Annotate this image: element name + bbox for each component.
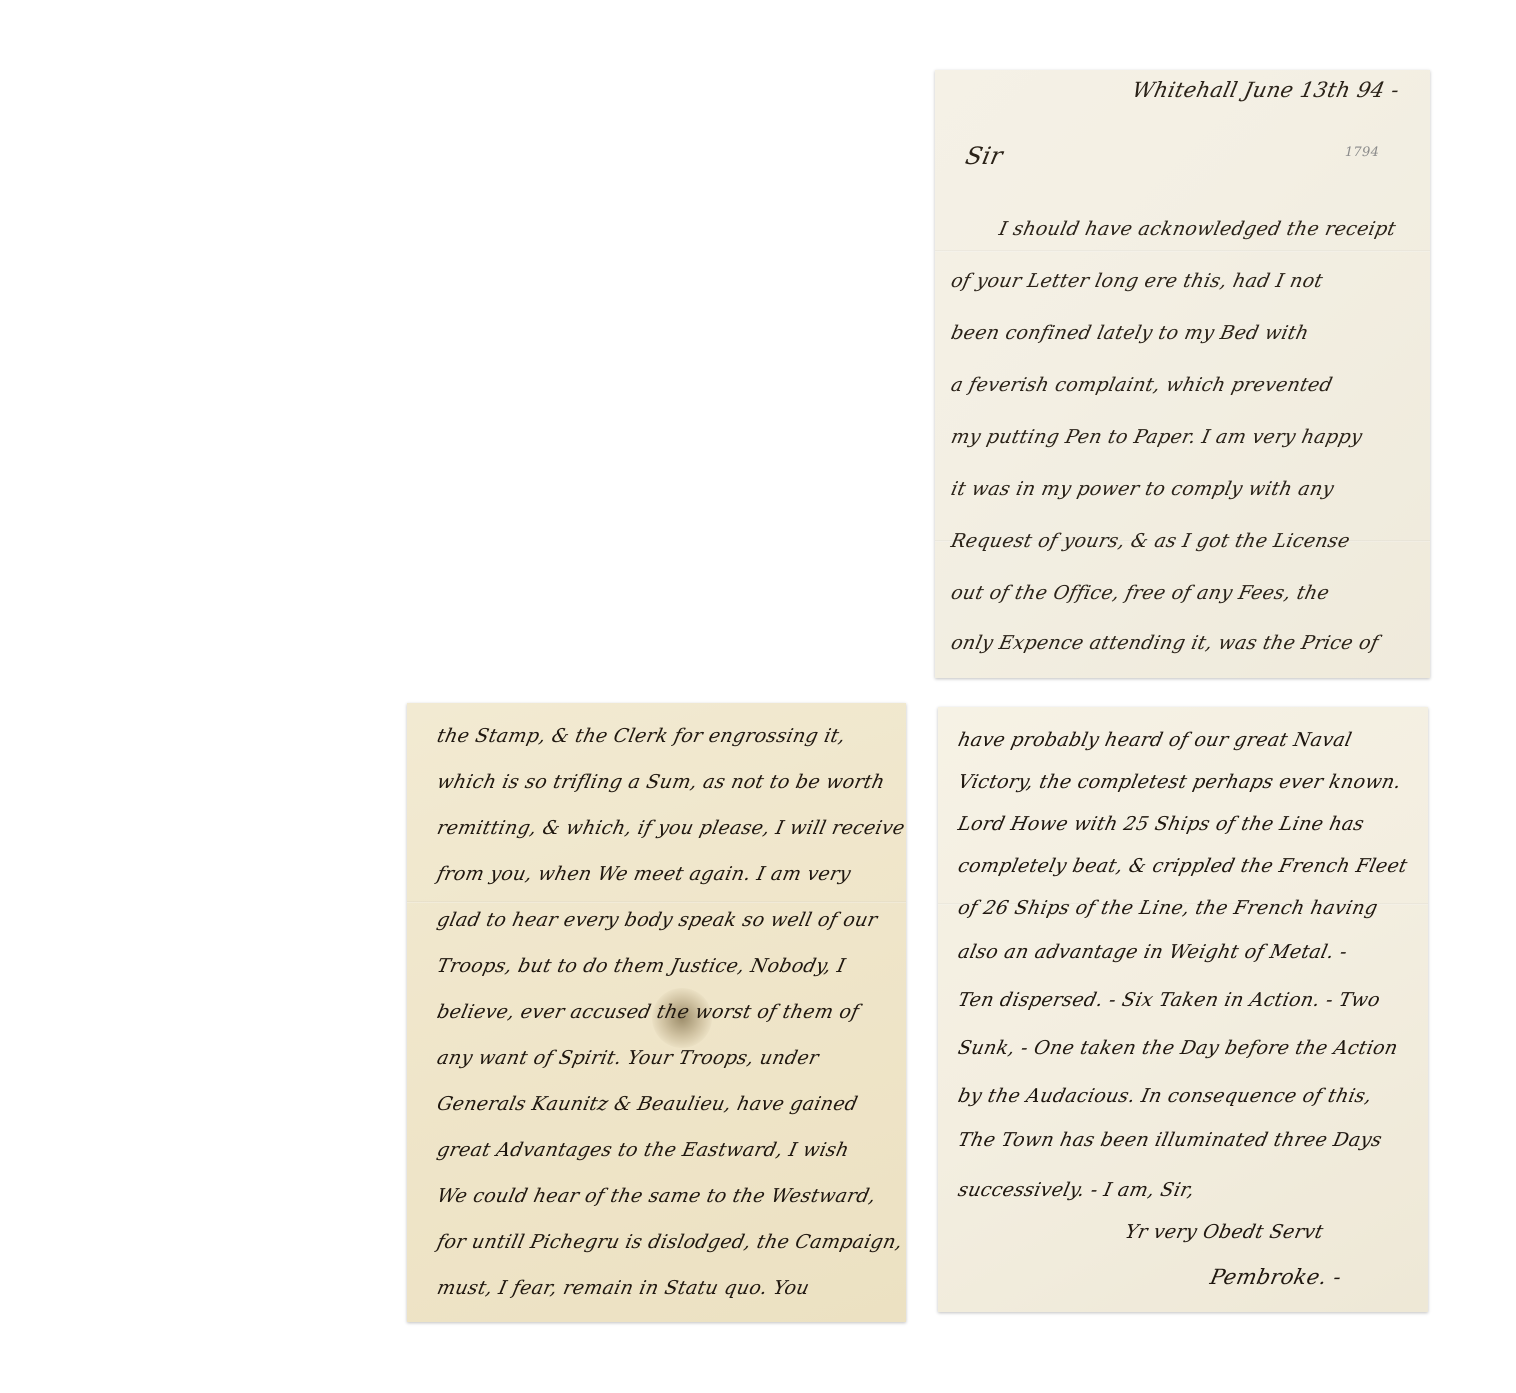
text-line: which is so trifling a Sum, as not to be… [435,771,887,793]
closing: Yr very Obedt Servt [1123,1221,1325,1243]
text-line: glad to hear every body speak so well of… [435,909,880,931]
text-line: Victory, the completest perhaps ever kno… [956,771,1403,793]
letter-page-2: the Stamp, & the Clerk for engrossing it… [407,703,906,1322]
text-line: been confined lately to my Bed with [949,322,1311,344]
text-line: Request of yours, & as I got the License [949,530,1352,552]
text-line: by the Audacious. In consequence of this… [956,1085,1374,1107]
text-line: a feverish complaint, which prevented [949,374,1335,396]
letter-heading: Whitehall June 13th 94 - [1130,78,1402,102]
letter-page-3: have probably heard of our great Naval V… [938,707,1428,1312]
text-line: from you, when We meet again. I am very [435,863,853,885]
text-line: great Advantages to the Eastward, I wish [435,1139,851,1161]
text-line: successively. - I am, Sir, [956,1179,1196,1201]
text-line: completely beat, & crippled the French F… [956,855,1409,877]
text-line: also an advantage in Weight of Metal. - [956,941,1349,963]
text-line: I should have acknowledged the receipt [997,218,1398,240]
text-line: Sunk, - One taken the Day before the Act… [956,1037,1400,1059]
text-line: the Stamp, & the Clerk for engrossing it… [435,725,848,747]
text-line: of 26 Ships of the Line, the French havi… [956,897,1380,919]
text-line: Lord Howe with 25 Ships of the Line has [956,813,1366,835]
text-line: out of the Office, free of any Fees, the [949,582,1331,604]
text-line: it was in my power to comply with any [949,478,1336,500]
text-line: any want of Spirit. Your Troops, under [435,1047,821,1069]
paper-fold [407,901,906,903]
text-line: only Expence attending it, was the Price… [949,632,1381,654]
text-line: Ten dispersed. - Six Taken in Action. - … [956,989,1382,1011]
pencil-year-note: 1794 [1343,145,1380,160]
signature: Pembroke. - [1208,1265,1344,1289]
text-line: have probably heard of our great Naval [956,729,1354,751]
text-line: The Town has been illuminated three Days [956,1129,1384,1151]
paper-fold [935,250,1430,252]
text-line: must, I fear, remain in Statu quo. You [435,1277,811,1299]
text-line: Generals Kaunitz & Beaulieu, have gained [435,1093,860,1115]
text-line: my putting Pen to Paper. I am very happy [949,426,1364,448]
text-line: of your Letter long ere this, had I not [949,270,1325,292]
salutation: Sir [963,142,1005,170]
text-line: believe, ever accused the worst of them … [435,1001,861,1023]
letter-page-1: Whitehall June 13th 94 - 1794 Sir I shou… [935,70,1430,678]
text-line: for untill Pichegru is dislodged, the Ca… [435,1231,904,1253]
text-line: Troops, but to do them Justice, Nobody, … [435,955,848,977]
text-line: remitting, & which, if you please, I wil… [435,817,906,839]
text-line: We could hear of the same to the Westwar… [435,1185,878,1207]
